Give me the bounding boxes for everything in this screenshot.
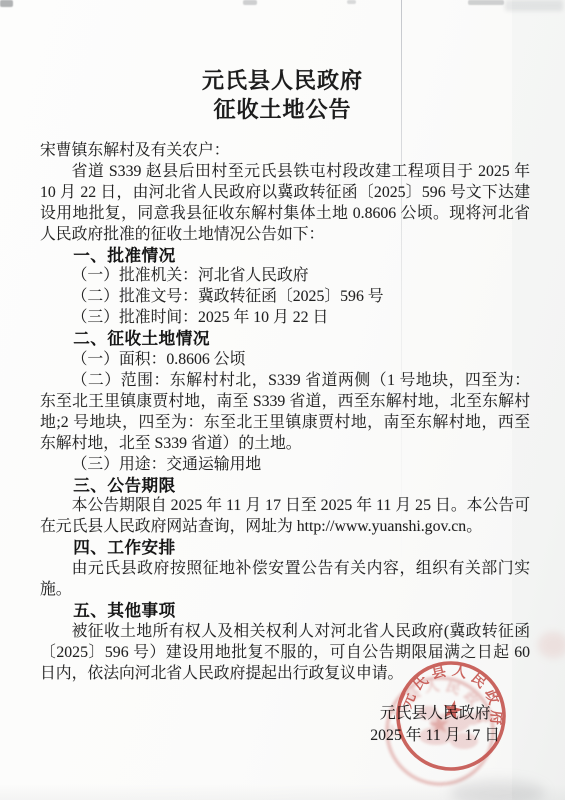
section-4-item: 由元氏县政府按照征地补偿安置公告有关内容，组织有关部门实施。 [40,559,530,601]
title-line-2: 征收土地公告 [0,95,565,124]
section-2-item: （一）面积：0.8606 公顷 [40,350,530,371]
section-1-item: （三）批准时间：2025 年 10 月 22 日 [40,308,530,329]
section-1-item: （二）批准文号：冀政转征函〔2025〕596 号 [40,287,530,308]
section-2-item: （二）范围：东解村村北，S339 省道两侧（1 号地块，四至为：东至北王里镇康贾… [40,371,530,455]
scan-edge-shade [0,784,565,800]
section-5-item: 被征收土地所有权人及相关权利人对河北省人民政府(冀政转征函〔2025〕596 号… [40,622,530,685]
scan-artifact [243,0,257,5]
section-heading-5: 五、其他事项 [40,601,530,622]
section-1-item: （一）批准机关：河北省人民政府 [40,266,530,287]
scan-artifact [0,0,13,7]
section-2-item: （三）用途：交通运输用地 [40,455,530,476]
scan-artifact [505,0,563,11]
signature-block: 元氏县人民政府 2025 年 11 月 17 日 [370,703,500,746]
signature-issuer: 元氏县人民政府 [370,703,500,725]
scanned-notice-page: 元氏县人民政府 征收土地公告 宋曹镇东解村及有关农户： 省道 S339 赵县后田… [0,0,565,800]
seal-ink-smudge [538,632,565,658]
addressee-line: 宋曹镇东解村及有关农户： [40,141,530,162]
title-line-1: 元氏县人民政府 [0,66,565,95]
section-3-item: 本公告期限自 2025 年 11 月 17 日至 2025 年 11 月 25 … [40,496,530,538]
section-heading-2: 二、征收土地情况 [40,329,530,350]
scan-artifact [347,0,356,4]
section-heading-4: 四、工作安排 [40,538,530,559]
scan-artifact [468,0,504,5]
document-title: 元氏县人民政府 征收土地公告 [0,66,565,124]
intro-paragraph: 省道 S339 赵县后田村至元氏县铁屯村段改建工程项目于 2025 年 10 月… [40,162,530,246]
document-body: 宋曹镇东解村及有关农户： 省道 S339 赵县后田村至元氏县铁屯村段改建工程项目… [40,141,530,685]
signature-date: 2025 年 11 月 17 日 [370,725,500,747]
section-heading-1: 一、批准情况 [40,246,530,267]
section-heading-3: 三、公告期限 [40,476,530,497]
